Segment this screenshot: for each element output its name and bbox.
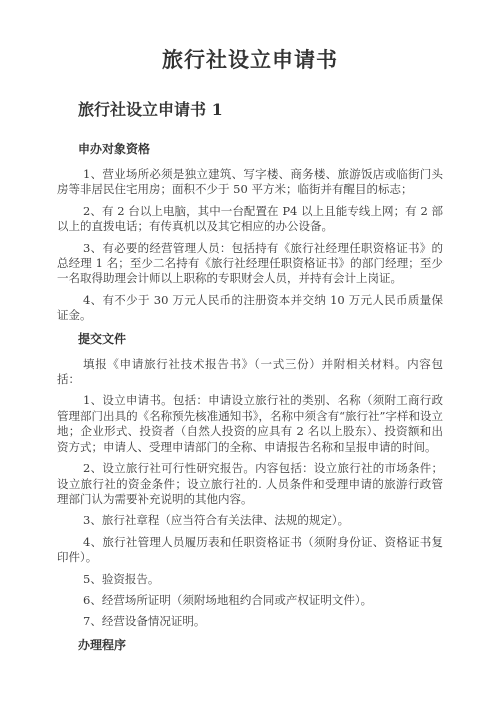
paragraph-documents-3: 3、旅行社章程（应当符合有关法律、法规的规定）。 <box>57 513 443 528</box>
paragraph-eligibility-2: 2、有 2 台以上电脑，其中一台配置在 P4 以上且能专线上网；有 2 部以上的… <box>57 204 443 235</box>
paragraph-documents-6: 6、经营场所证明（须附场地租约合同或产权证明文件）。 <box>57 593 443 608</box>
paragraph-documents-4: 4、旅行社管理人员履历表和任职资格证书（须附身份证、资格证书复印件）。 <box>57 535 443 566</box>
paragraph-documents-intro: 填报《申请旅行社技术报告书》（一式三份）并附相关材料。内容包括： <box>57 357 443 388</box>
section-heading-documents: 提交文件 <box>78 332 443 347</box>
paragraph-documents-1: 1、设立申请书。包括：申请设立旅行社的类别、名称（须附工商行政管理部门出具的《名… <box>57 393 443 455</box>
paragraph-documents-5: 5、验资报告。 <box>57 572 443 587</box>
paragraph-documents-7: 7、经营设备情况证明。 <box>57 614 443 629</box>
section-heading-procedure: 办理程序 <box>78 638 443 653</box>
paragraph-eligibility-3: 3、有必要的经营管理人员：包括持有《旅行社经理任职资格证书》的总经理 1 名；至… <box>57 241 443 287</box>
document-page: 旅行社设立申请书 旅行社设立申请书 1 申办对象资格 1、营业场所必须是独立建筑… <box>0 0 500 707</box>
paragraph-documents-2: 2、设立旅行社可行性研究报告。内容包括：设立旅行社的市场条件；设立旅行社的资金条… <box>57 461 443 507</box>
document-subtitle: 旅行社设立申请书 1 <box>78 99 443 120</box>
paragraph-eligibility-1: 1、营业场所必须是独立建筑、写字楼、商务楼、旅游饭店或临街门头房等非居民住宅用房… <box>57 167 443 198</box>
section-heading-eligibility: 申办对象资格 <box>78 142 443 157</box>
document-title: 旅行社设立申请书 <box>57 47 443 72</box>
paragraph-eligibility-4: 4、有不少于 30 万元人民币的注册资本并交纳 10 万元人民币质量保证金。 <box>57 293 443 324</box>
